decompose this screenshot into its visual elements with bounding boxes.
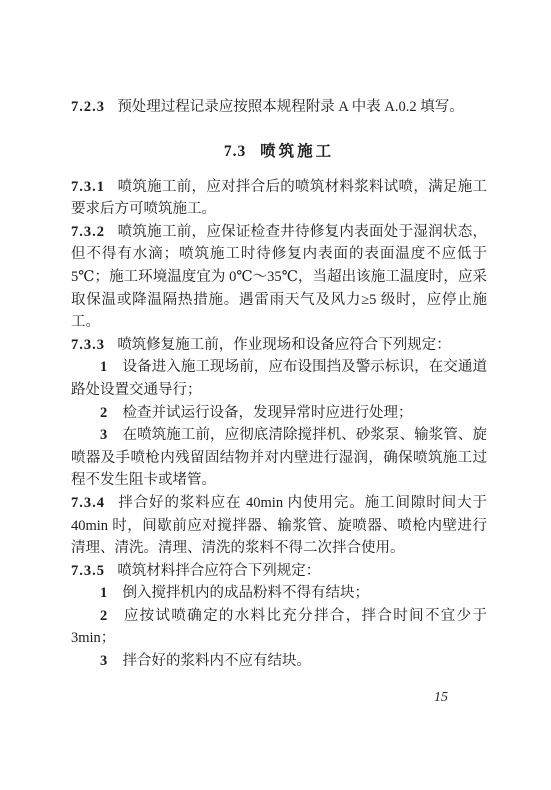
section-number: 7.3	[224, 143, 246, 160]
clause-7-3-5: 7.3.5喷筑材料拌合应符合下列规定：	[71, 560, 487, 583]
clause-number: 7.3.1	[71, 179, 105, 195]
clause-7-3-1: 7.3.1喷筑施工前，应对拌合后的喷筑材料浆料试喷，满足施工要求后方可喷筑施工。	[71, 176, 487, 221]
clause-number: 7.3.5	[71, 563, 105, 579]
clause-7-3-2: 7.3.2喷筑施工前，应保证检查井待修复内表面处于湿润状态，但不得有水滴；喷筑施…	[71, 221, 487, 334]
list-item-2: 2检查并试运行设备，发现异常时应进行处理；	[71, 402, 487, 425]
list-item-2: 2应按试喷确定的水料比充分拌合，拌合时间不宜少于 3min；	[71, 605, 487, 650]
list-item-3: 3拌合好的浆料内不应有结块。	[71, 650, 487, 673]
clause-text: 喷筑材料拌合应符合下列规定：	[117, 563, 320, 579]
item-number: 1	[100, 585, 107, 601]
clause-text: 喷筑施工前，应对拌合后的喷筑材料浆料试喷，满足施工要求后方可喷筑施工。	[71, 179, 487, 218]
page-number: 15	[71, 690, 487, 706]
list-item-1: 1设备进入施工现场前，应布设围挡及警示标识，在交通道路处设置交通导行；	[71, 356, 487, 401]
clause-7-3-4: 7.3.4拌合好的浆料应在 40min 内使用完。施工间隙时间大于 40min …	[71, 492, 487, 560]
clause-text: 喷筑修复施工前，作业现场和设备应符合下列规定：	[117, 337, 451, 353]
list-item-1: 1倒入搅拌机内的成品粉料不得有结块；	[71, 582, 487, 605]
item-text: 设备进入施工现场前，应布设围挡及警示标识，在交通道路处设置交通导行；	[71, 359, 487, 398]
clause-number: 7.3.4	[71, 495, 105, 511]
document-page: 7.2.3预处理过程记录应按照本规程附录 A 中表 A.0.2 填写。 7.3喷…	[0, 0, 551, 790]
page-content: 7.2.3预处理过程记录应按照本规程附录 A 中表 A.0.2 填写。 7.3喷…	[71, 96, 487, 673]
item-number: 2	[100, 608, 107, 624]
clause-text: 喷筑施工前，应保证检查井待修复内表面处于湿润状态，但不得有水滴；喷筑施工时待修复…	[71, 224, 487, 330]
clause-7-3-3: 7.3.3喷筑修复施工前，作业现场和设备应符合下列规定：	[71, 334, 487, 357]
item-text: 在喷筑施工前，应彻底清除搅拌机、砂浆泵、输浆管、旋喷器及手喷枪内残留固结物并对内…	[71, 427, 487, 488]
item-text: 倒入搅拌机内的成品粉料不得有结块；	[122, 585, 369, 601]
clause-number: 7.2.3	[71, 99, 105, 115]
clause-text: 预处理过程记录应按照本规程附录 A 中表 A.0.2 填写。	[117, 99, 463, 115]
item-text: 应按试喷确定的水料比充分拌合，拌合时间不宜少于 3min；	[71, 608, 487, 647]
clause-number: 7.3.2	[71, 224, 105, 240]
clause-text: 拌合好的浆料应在 40min 内使用完。施工间隙时间大于 40min 时，间歇前…	[71, 495, 487, 556]
item-text: 检查并试运行设备，发现异常时应进行处理；	[122, 405, 412, 421]
item-number: 3	[100, 427, 107, 443]
list-item-3: 3在喷筑施工前，应彻底清除搅拌机、砂浆泵、输浆管、旋喷器及手喷枪内残留固结物并对…	[71, 424, 487, 492]
item-number: 1	[100, 359, 107, 375]
item-number: 3	[100, 653, 107, 669]
item-text: 拌合好的浆料内不应有结块。	[122, 653, 311, 669]
clause-7-2-3: 7.2.3预处理过程记录应按照本规程附录 A 中表 A.0.2 填写。	[71, 96, 487, 119]
item-number: 2	[100, 405, 107, 421]
clause-number: 7.3.3	[71, 337, 105, 353]
section-heading: 7.3喷筑施工	[71, 140, 487, 163]
section-title: 喷筑施工	[260, 143, 334, 160]
